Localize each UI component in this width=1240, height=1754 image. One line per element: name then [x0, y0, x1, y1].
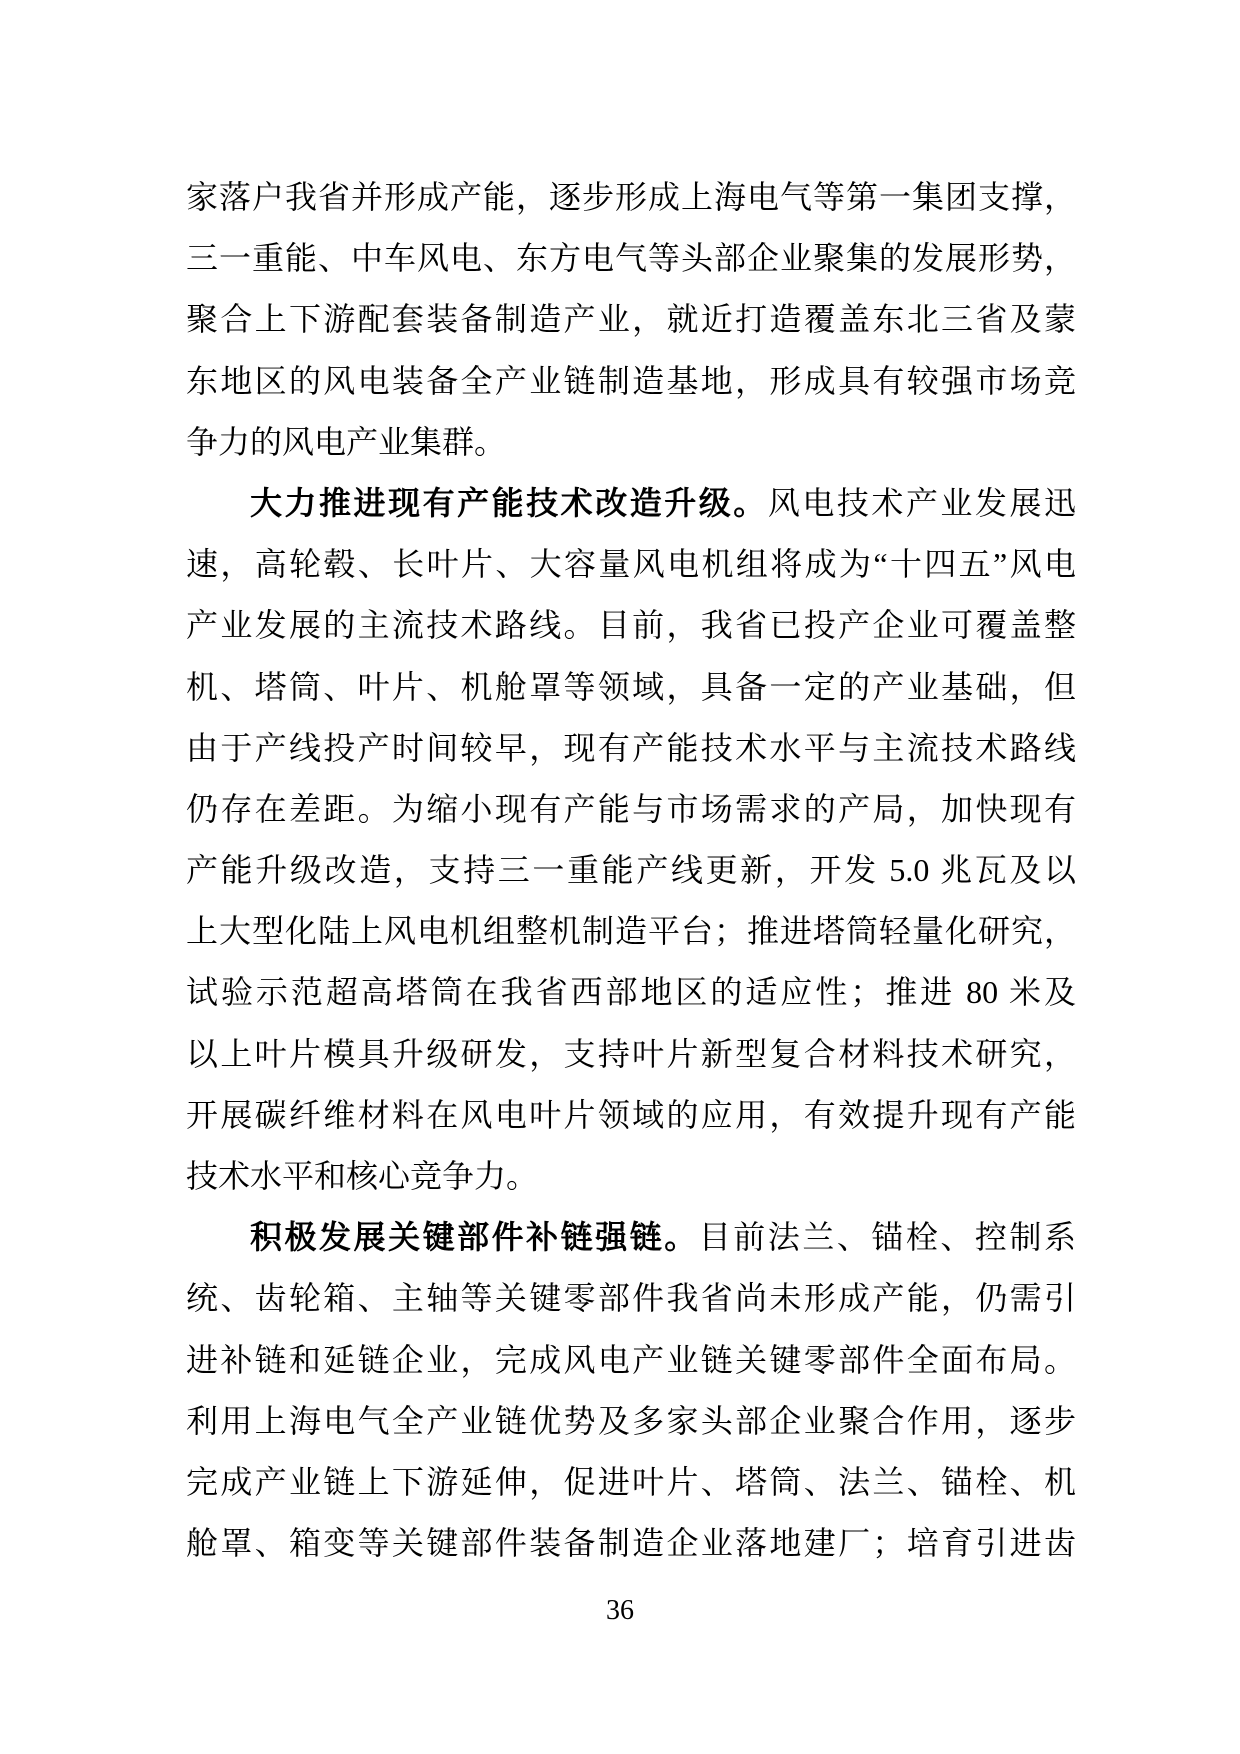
- text-line: 三一重能、中车风电、东方电气等头部企业聚集的发展形势，: [186, 228, 1076, 289]
- section-lead-bold: 积极发展关键部件补链强链。: [250, 1219, 699, 1255]
- section-lead-rest: 风电技术产业发展迅: [768, 485, 1076, 521]
- text-line: 大力推进现有产能技术改造升级。风电技术产业发展迅: [186, 473, 1076, 534]
- text-line: 产业发展的主流技术路线。目前，我省已投产企业可覆盖整: [186, 595, 1076, 656]
- text-line: 完成产业链上下游延伸，促进叶片、塔筒、法兰、锚栓、机: [186, 1452, 1076, 1513]
- text-line: 积极发展关键部件补链强链。目前法兰、锚栓、控制系: [186, 1207, 1076, 1268]
- text-line: 东地区的风电装备全产业链制造基地，形成具有较强市场竞: [186, 351, 1076, 412]
- text-line: 产能升级改造，支持三一重能产线更新，开发 5.0 兆瓦及以: [186, 840, 1076, 901]
- page-number: 36: [0, 1594, 1240, 1628]
- text-line: 舱罩、箱变等关键部件装备制造企业落地建厂；培育引进齿: [186, 1513, 1076, 1574]
- text-line: 进补链和延链企业，完成风电产业链关键零部件全面布局。: [186, 1330, 1076, 1391]
- text-line: 利用上海电气全产业链优势及多家头部企业聚合作用，逐步: [186, 1391, 1076, 1452]
- text-line: 聚合上下游配套装备制造产业，就近打造覆盖东北三省及蒙: [186, 289, 1076, 350]
- text-line: 开展碳纤维材料在风电叶片领域的应用，有效提升现有产能: [186, 1085, 1076, 1146]
- text-line: 仍存在差距。为缩小现有产能与市场需求的产局，加快现有: [186, 779, 1076, 840]
- text-line: 试验示范超高塔筒在我省西部地区的适应性；推进 80 米及: [186, 962, 1076, 1023]
- text-line: 上大型化陆上风电机组整机制造平台；推进塔筒轻量化研究，: [186, 901, 1076, 962]
- text-line: 以上叶片模具升级研发，支持叶片新型复合材料技术研究，: [186, 1024, 1076, 1085]
- text-line: 由于产线投产时间较早，现有产能技术水平与主流技术路线: [186, 718, 1076, 779]
- section-lead-bold: 大力推进现有产能技术改造升级。: [250, 485, 768, 521]
- text-line: 速，高轮毂、长叶片、大容量风电机组将成为“十四五”风电: [186, 534, 1076, 595]
- section-lead-rest: 目前法兰、锚栓、控制系: [699, 1219, 1076, 1255]
- body-text: 家落户我省并形成产能，逐步形成上海电气等第一集团支撑， 三一重能、中车风电、东方…: [186, 167, 1076, 1574]
- text-line: 技术水平和核心竞争力。: [186, 1146, 1076, 1207]
- document-page: 家落户我省并形成产能，逐步形成上海电气等第一集团支撑， 三一重能、中车风电、东方…: [0, 0, 1240, 1754]
- text-line: 机、塔筒、叶片、机舱罩等领域，具备一定的产业基础，但: [186, 657, 1076, 718]
- text-line: 家落户我省并形成产能，逐步形成上海电气等第一集团支撑，: [186, 167, 1076, 228]
- text-line: 统、齿轮箱、主轴等关键零部件我省尚未形成产能，仍需引: [186, 1268, 1076, 1329]
- text-line: 争力的风电产业集群。: [186, 412, 1076, 473]
